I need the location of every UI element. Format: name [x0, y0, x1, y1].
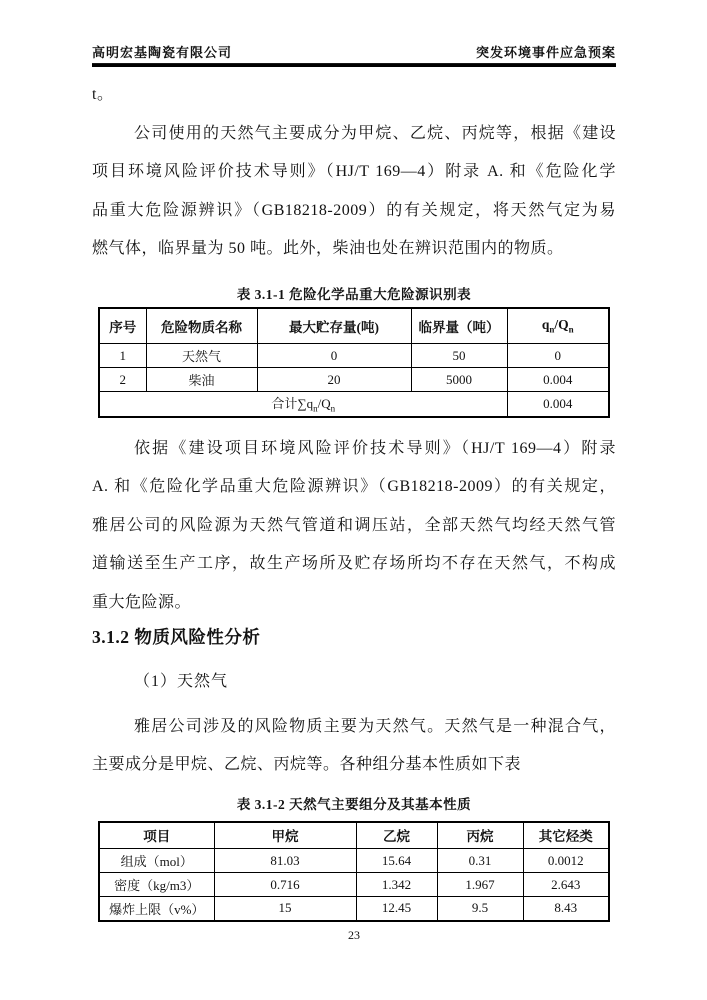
body-text: 雅居公司涉及的风险物质主要为天然气。天然气是一种混合气， 主要成分是甲烷、乙烷、…: [92, 708, 616, 785]
cell-substance: 天然气: [146, 344, 257, 368]
col-header-critical-qty: 临界量（吨）: [411, 308, 507, 344]
body-text: t。 公司使用的天然气主要成分为甲烷、乙烷、丙烷等，根据《建设 项目环境风险评价…: [92, 76, 616, 269]
header-document-title: 突发环境事件应急预案: [476, 45, 616, 61]
paragraph-line: 重大危险源。: [92, 584, 616, 623]
cell-max-storage: 0: [257, 344, 411, 368]
col-header-other-hydrocarbons: 其它烃类: [523, 822, 609, 849]
cell-total-label: 合计∑qn/Qn: [99, 392, 507, 417]
paragraph-line: 品重大危险源辨识》（GB18218-2009）的有关规定，将天然气定为易: [92, 192, 616, 231]
table1-caption: 表 3.1-1 危险化学品重大危险源识别表: [92, 285, 616, 305]
header-company-name: 高明宏基陶瓷有限公司: [92, 45, 232, 61]
cell-row-label: 密度（kg/m3）: [99, 873, 214, 897]
paragraph-line: A. 和《危险化学品重大危险源辨识》（GB18218-2009）的有关规定，: [92, 468, 616, 507]
col-header-item: 项目: [99, 822, 214, 849]
table-row: 密度（kg/m3） 0.716 1.342 1.967 2.643: [99, 873, 609, 897]
cell-index: 2: [99, 368, 146, 392]
paragraph-line: 燃气体，临界量为 50 吨。此外，柴油也处在辨识范围内的物质。: [92, 230, 616, 269]
cell-value: 0.31: [437, 849, 523, 873]
cell-value: 15.64: [356, 849, 437, 873]
cell-qn-ratio: 0: [507, 344, 609, 368]
table-header-row: 项目 甲烷 乙烷 丙烷 其它烃类: [99, 822, 609, 849]
table-total-row: 合计∑qn/Qn 0.004: [99, 392, 609, 417]
cell-critical-qty: 50: [411, 344, 507, 368]
cell-value: 8.43: [523, 897, 609, 921]
cell-total-value: 0.004: [507, 392, 609, 417]
document-page: 高明宏基陶瓷有限公司 突发环境事件应急预案 t。 公司使用的天然气主要成分为甲烷…: [0, 0, 707, 942]
paragraph-line: 主要成分是甲烷、乙烷、丙烷等。各种组分基本性质如下表: [92, 746, 616, 785]
cell-substance: 柴油: [146, 368, 257, 392]
cell-qn-ratio: 0.004: [507, 368, 609, 392]
header-rule: [92, 63, 616, 67]
cell-value: 15: [214, 897, 356, 921]
col-header-qn-ratio: qn/Qn: [507, 308, 609, 344]
cell-value: 0.716: [214, 873, 356, 897]
cell-value: 9.5: [437, 897, 523, 921]
body-text: 依据《建设项目环境风险评价技术导则》（HJ/T 169—4）附录 A. 和《危险…: [92, 430, 616, 623]
paragraph-line: 项目环境风险评价技术导则》（HJ/T 169—4）附录 A. 和《危险化学: [92, 153, 616, 192]
list-item-natural-gas: （1）天然气: [92, 663, 616, 702]
page-header: 高明宏基陶瓷有限公司 突发环境事件应急预案: [92, 45, 616, 61]
table-row: 2 柴油 20 5000 0.004: [99, 368, 609, 392]
paragraph-line: 依据《建设项目环境风险评价技术导则》（HJ/T 169—4）附录: [92, 430, 616, 469]
col-header-propane: 丙烷: [437, 822, 523, 849]
paragraph-line: 雅居公司的风险源为天然气管道和调压站，全部天然气均经天然气管: [92, 507, 616, 546]
cell-value: 12.45: [356, 897, 437, 921]
col-header-methane: 甲烷: [214, 822, 356, 849]
table-natural-gas-components: 项目 甲烷 乙烷 丙烷 其它烃类 组成（mol） 81.03 15.64 0.3…: [98, 821, 610, 922]
table-hazard-source-identification: 序号 危险物质名称 最大贮存量(吨) 临界量（吨） qn/Qn 1 天然气 0 …: [98, 307, 610, 418]
cell-value: 81.03: [214, 849, 356, 873]
paragraph-line: 雅居公司涉及的风险物质主要为天然气。天然气是一种混合气，: [92, 708, 616, 747]
col-header-max-storage: 最大贮存量(吨): [257, 308, 411, 344]
paragraph-tail-line: t。: [92, 76, 616, 115]
cell-index: 1: [99, 344, 146, 368]
table-row: 组成（mol） 81.03 15.64 0.31 0.0012: [99, 849, 609, 873]
cell-value: 0.0012: [523, 849, 609, 873]
col-header-ethane: 乙烷: [356, 822, 437, 849]
table-row: 爆炸上限（v%） 15 12.45 9.5 8.43: [99, 897, 609, 921]
cell-value: 1.342: [356, 873, 437, 897]
table-row: 1 天然气 0 50 0: [99, 344, 609, 368]
col-header-index: 序号: [99, 308, 146, 344]
section-heading-3-1-2: 3.1.2 物质风险性分析: [92, 624, 616, 650]
cell-max-storage: 20: [257, 368, 411, 392]
page-number: 23: [92, 928, 616, 942]
cell-value: 2.643: [523, 873, 609, 897]
cell-value: 1.967: [437, 873, 523, 897]
table2-caption: 表 3.1-2 天然气主要组分及其基本性质: [92, 795, 616, 815]
cell-row-label: 组成（mol）: [99, 849, 214, 873]
col-header-substance: 危险物质名称: [146, 308, 257, 344]
cell-row-label: 爆炸上限（v%）: [99, 897, 214, 921]
cell-critical-qty: 5000: [411, 368, 507, 392]
paragraph-line: 公司使用的天然气主要成分为甲烷、乙烷、丙烷等，根据《建设: [92, 115, 616, 154]
paragraph-line: 道输送至生产工序，故生产场所及贮存场所均不存在天然气，不构成: [92, 545, 616, 584]
table-header-row: 序号 危险物质名称 最大贮存量(吨) 临界量（吨） qn/Qn: [99, 308, 609, 344]
